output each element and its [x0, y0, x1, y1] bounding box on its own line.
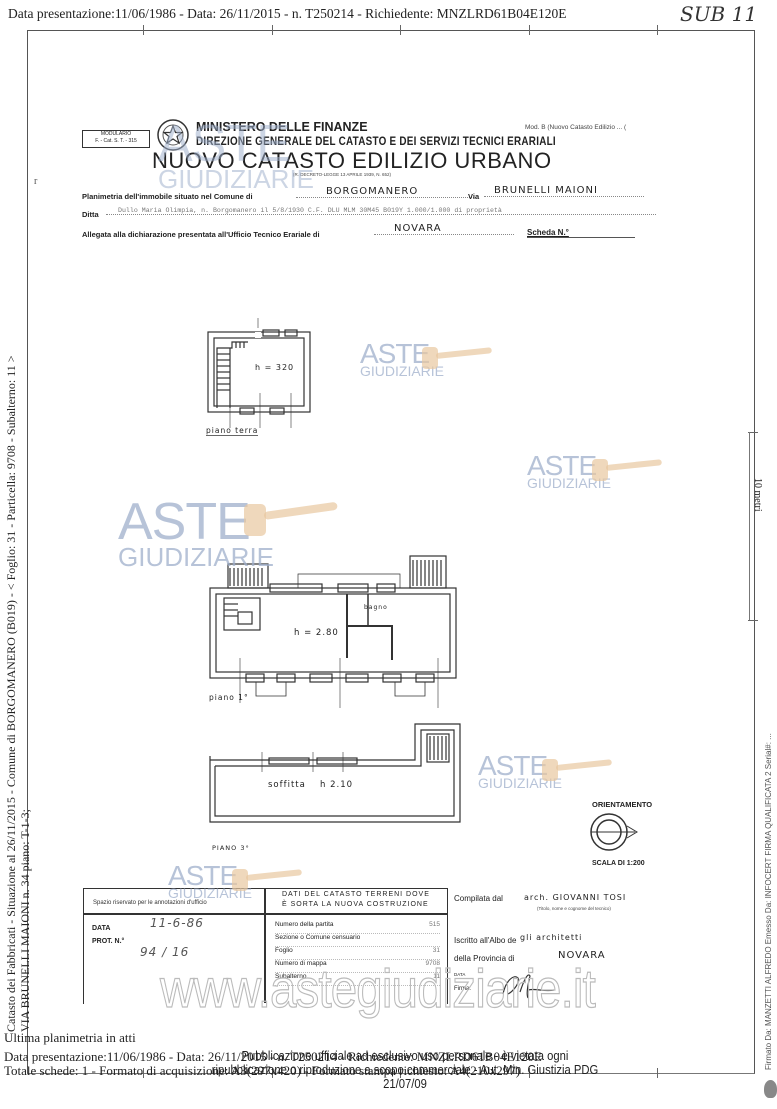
- ufficio-value: NOVARA: [374, 223, 514, 235]
- compass-icon: [585, 812, 645, 852]
- ditta-value: Dullo Maria Olimpia, n. Borgomanero il 5…: [106, 207, 656, 215]
- scale-bar: [749, 432, 750, 620]
- office-prot-value: 94 / 16: [140, 945, 189, 959]
- ground-floor-plan: [200, 318, 320, 438]
- gavel-icon: [240, 500, 340, 540]
- compilata-value: arch. GIOVANNI TOSI: [524, 893, 626, 902]
- orientation-title: ORIENTAMENTO: [592, 800, 652, 809]
- publication-notice-line2: ripubblicazione o riproduzione a scopo c…: [194, 1063, 617, 1091]
- modulario-label: MODULARIO: [83, 131, 149, 138]
- ground-floor-height: h = 320: [255, 363, 294, 372]
- terreni-row: Sezione o Comune censuario: [275, 934, 440, 947]
- modulario-code: F. - Cat. S. T. - 315: [83, 138, 149, 145]
- watermark-logo: ASTEGIUDIZIARIE: [158, 118, 314, 192]
- office-prot-label: PROT. N.°: [92, 938, 124, 945]
- gavel-icon: [538, 755, 616, 785]
- handwritten-sub: SUB 11: [680, 2, 757, 26]
- terreni-header-line2: È SORTA LA NUOVA COSTRUZIONE: [282, 900, 430, 910]
- office-data-value: 11-6-86: [150, 916, 204, 930]
- scale-bar-label: 10 metri: [752, 478, 763, 512]
- gavel-icon: [418, 343, 496, 373]
- comune-value: BORGOMANERO: [296, 186, 476, 198]
- gavel-icon: [228, 865, 306, 895]
- compilata-hint: (Titolo, nome e cognome del tecnico): [537, 906, 611, 911]
- corner-mark: r: [34, 176, 37, 187]
- third-floor-height: h 2.10: [320, 780, 353, 790]
- publication-notice: Pubblicazione ufficiale ad esclusivo uso…: [194, 1049, 617, 1091]
- seal-icon: [764, 1080, 777, 1098]
- first-floor-height: h = 2.80: [294, 628, 339, 638]
- terreni-row: Numero della partita515: [275, 921, 440, 934]
- scale-label: SCALA DI 1:200: [592, 860, 645, 867]
- third-floor-room: soffitta: [268, 780, 306, 790]
- ditta-label: Ditta: [82, 210, 99, 219]
- left-margin-line2: VIA BRUNELLI MAIONI n. 34 piano: T-1-3;: [18, 262, 32, 1032]
- first-floor-label: piano 1°: [209, 693, 249, 702]
- office-data-label: DATA: [92, 925, 110, 932]
- ultima-planimetria: Ultima planimetria in atti: [4, 1030, 136, 1046]
- modulario-box: MODULARIO F. - Cat. S. T. - 315: [82, 130, 150, 148]
- publication-notice-line1: Pubblicazione ufficiale ad esclusivo uso…: [194, 1049, 617, 1063]
- via-value: BRUNELLI MAIONI: [484, 185, 644, 197]
- gavel-icon: [588, 455, 666, 485]
- allegata-label: Allegata alla dichiarazione presentata a…: [82, 230, 320, 239]
- albo-value: gli architetti: [520, 933, 582, 942]
- digital-signature-text: Firmato Da: MANZETTI ALFREDO Emesso Da: …: [764, 660, 773, 1070]
- watermark-url: www.astegiudiziarie.it: [160, 958, 595, 1020]
- first-floor-bagno: bagno: [364, 604, 388, 611]
- ground-floor-label: piano terra: [206, 426, 258, 436]
- compilata-label: Compilata dal: [454, 894, 503, 903]
- header-info: Data presentazione:11/06/1986 - Data: 26…: [8, 6, 567, 22]
- scheda-label: Scheda N.°: [527, 228, 635, 238]
- third-floor-label: PIANO 3°: [212, 844, 250, 852]
- albo-label: Iscritto all'Albo de: [454, 936, 516, 945]
- left-margin-info: Catasto dei Fabbricati - Situazione al 2…: [4, 262, 32, 1032]
- mod-label: Mod. B (Nuovo Catasto Edilizio ... (: [525, 124, 626, 131]
- via-label: Via: [468, 192, 479, 201]
- left-margin-line1: Catasto dei Fabbricati - Situazione al 2…: [4, 262, 18, 1032]
